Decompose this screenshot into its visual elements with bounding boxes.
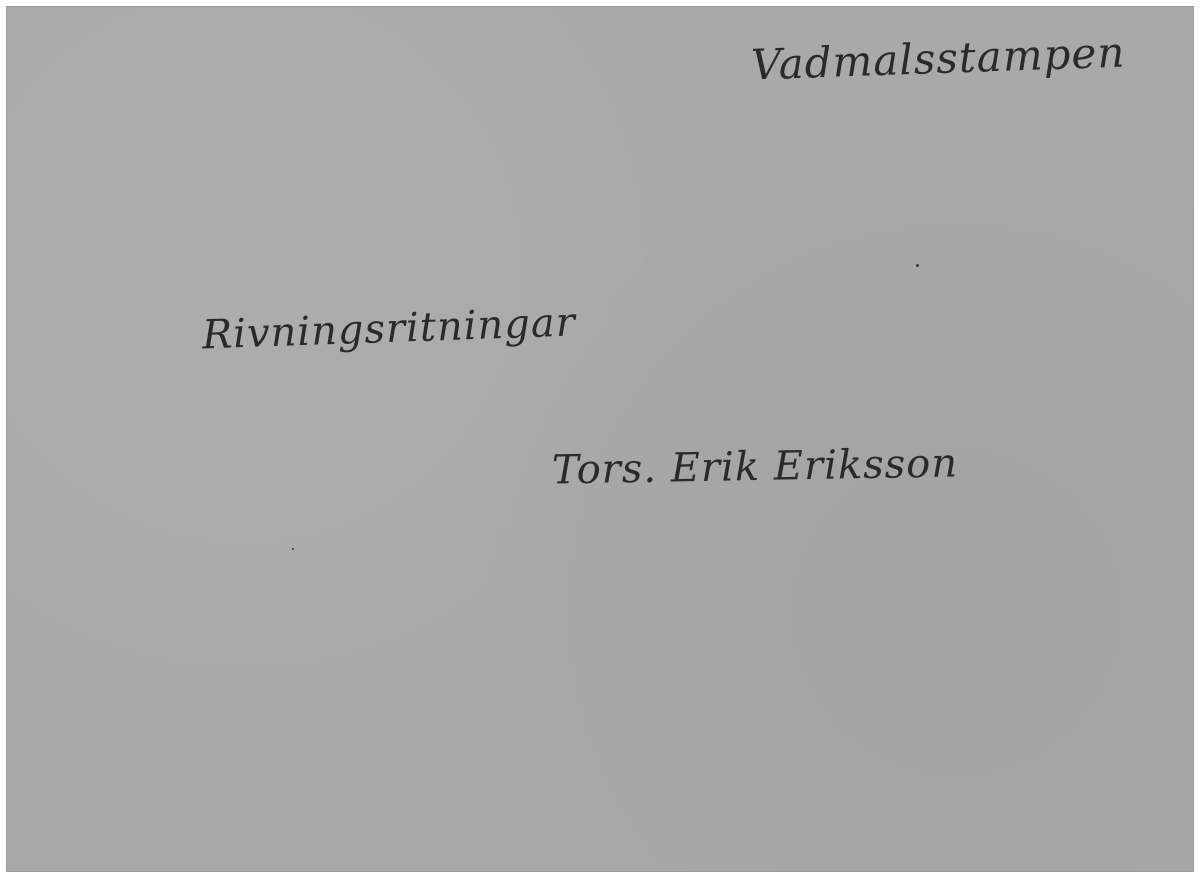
handwritten-subject: Rivningsritningar — [201, 299, 576, 358]
handwritten-author: Tors. Erik Eriksson — [552, 440, 959, 493]
ink-speck — [916, 264, 919, 267]
paper-card: Vadmalsstampen Rivningsritningar Tors. E… — [6, 6, 1194, 872]
ink-speck — [292, 548, 294, 550]
handwritten-title: Vadmalsstampen — [750, 27, 1126, 89]
